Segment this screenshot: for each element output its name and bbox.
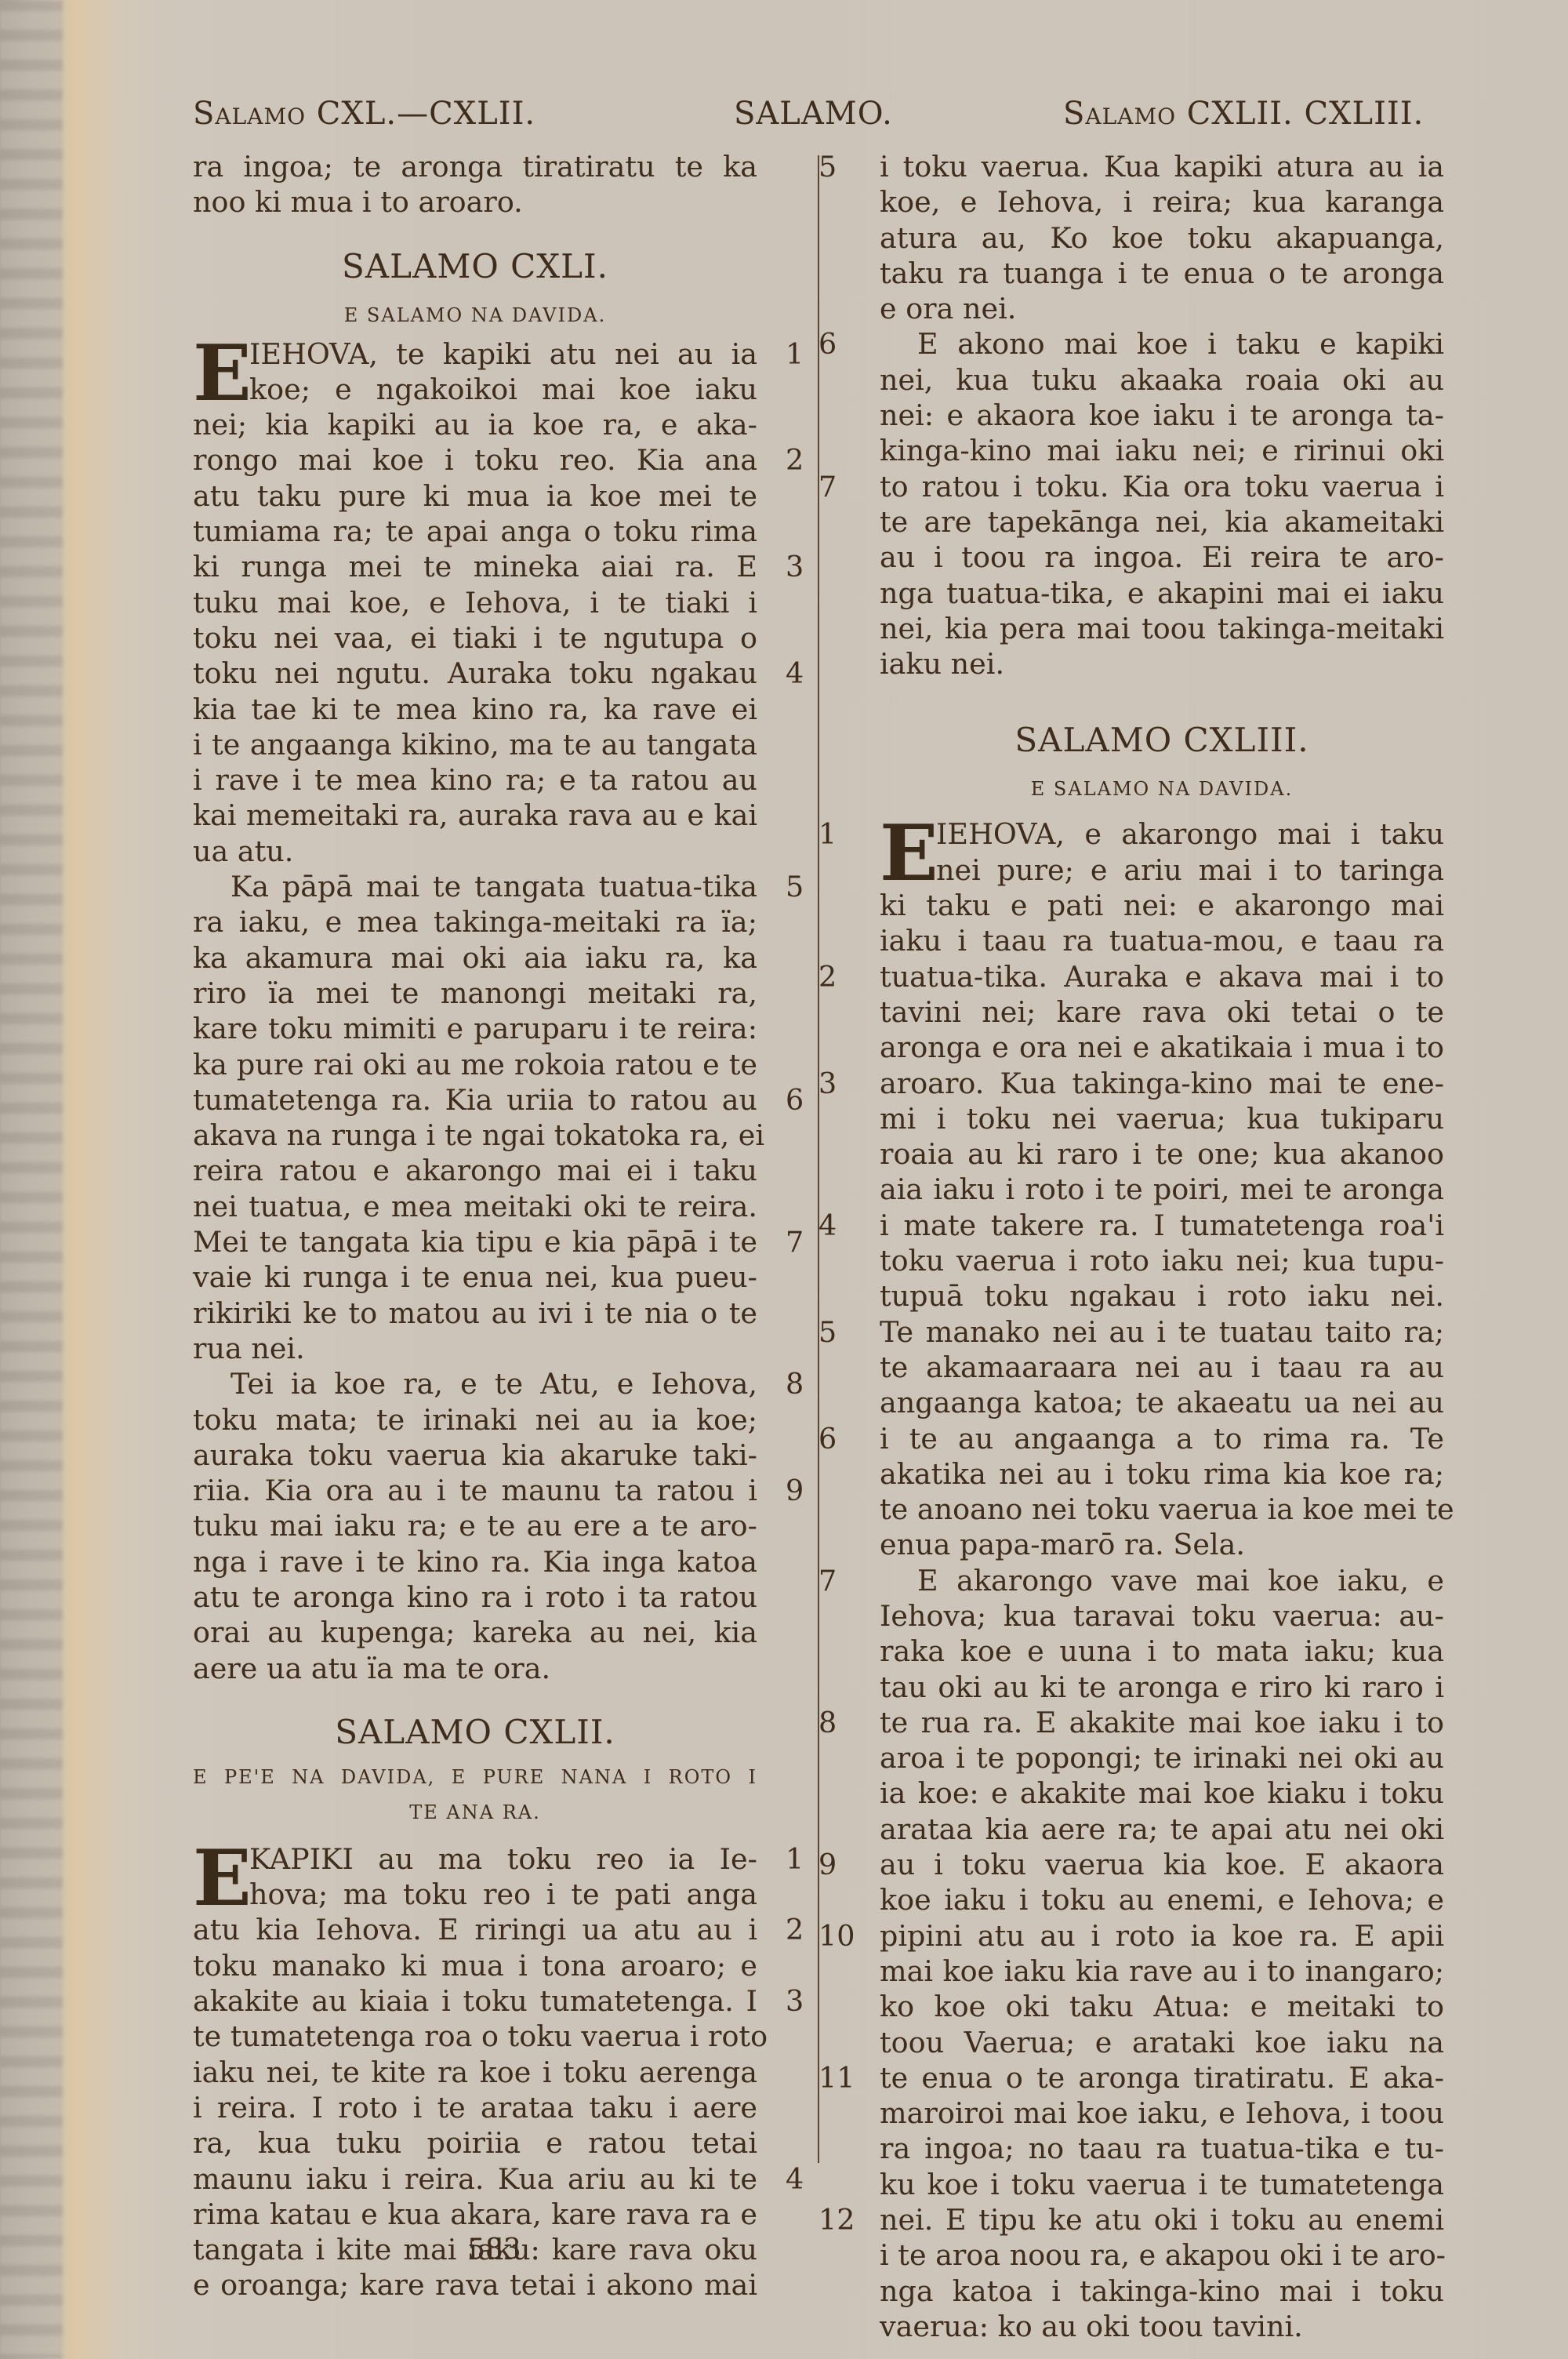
- text-line: arataa kia aere ra; te apai atu nei oki: [880, 1812, 1444, 1847]
- text-line: aere ua atu ïa ma te ora.: [193, 1651, 757, 1686]
- text-line: toku nei vaa, ei tiaki i te ngutupa o: [193, 620, 757, 656]
- text-line: nei pure; e ariu mai i to taringa: [880, 852, 1444, 888]
- text-line: nei; kia kapiki au ia koe ra, e aka-: [193, 407, 757, 442]
- text-line: tavini nei; kare rava oki tetai o te: [880, 994, 1444, 1030]
- text-line: taku ra tuanga i te enua o te aronga: [880, 256, 1444, 291]
- text-line: 12nei. E tipu ke atu oki i toku au enemi: [880, 2202, 1444, 2237]
- text-line: i reira. I roto i te arataa taku i aere: [193, 2090, 757, 2125]
- text-line: 2tuatua-tika. Auraka e akava mai i to: [880, 959, 1444, 994]
- verse-number: 9: [818, 1847, 867, 1882]
- text-line: 5Te manako nei au i te tuatau taito ra;: [880, 1314, 1444, 1350]
- text-line: i te angaanga kikino, ma te au tangata: [193, 727, 757, 762]
- text-line: atu kia Iehova. E riringi ua atu au i2: [193, 1912, 757, 1947]
- psalm-141-body: E IEHOVA, te kapiki atu nei au ia1 koe; …: [193, 336, 757, 1686]
- psalm-superscription: TE ANA RA.: [193, 1795, 757, 1830]
- text-line: toku nei ngutu. Auraka toku ngakau4: [193, 656, 757, 691]
- text-line: 5i toku vaerua. Kua kapiki atura au ia: [880, 149, 1444, 184]
- book-page: Salamo CXL.—CXLII. SALAMO. Salamo CXLII.…: [0, 0, 1568, 2359]
- text-line: te are tapekānga nei, kia akameitaki: [880, 504, 1444, 540]
- text-line: toku vaerua i roto iaku nei; kua tupu-: [880, 1243, 1444, 1278]
- text-line: vaerua: ko au oki toou tavini.: [880, 2309, 1444, 2344]
- verse-number: 1: [786, 336, 804, 372]
- text-line: noo ki mua i to aroaro.: [193, 184, 757, 220]
- text-line: nei tuatua, e mea meitaki oki te reira.: [193, 1189, 757, 1224]
- running-head: Salamo CXL.—CXLII. SALAMO. Salamo CXLII.…: [193, 96, 1486, 135]
- text-line: toku mata; te irinaki nei au ia koe;: [193, 1402, 757, 1438]
- text-line: iaku nei.: [880, 646, 1444, 682]
- text-line: tuku mai koe, e Iehova, i te tiaki i: [193, 585, 757, 620]
- verse-number: 4: [786, 656, 804, 691]
- text-line: IEHOVA, te kapiki atu nei au ia1: [193, 336, 757, 372]
- text-line: toku manako ki mua i tona aroaro; e: [193, 1948, 757, 1983]
- text-line: nei, kia pera mai toou takinga-meitaki: [880, 611, 1444, 646]
- verse-number: 8: [818, 1705, 867, 1740]
- text-line: e oroanga; kare rava tetai i akono mai: [193, 2267, 757, 2303]
- text-line: te tumatetenga roa o toku vaerua i roto: [193, 2019, 757, 2054]
- text-line: kinga-kino mai iaku nei; e ririnui oki: [880, 433, 1444, 468]
- verse-number: 4: [818, 1208, 867, 1243]
- text-line: Ka pāpā mai te tangata tuatua-tika5: [193, 869, 757, 904]
- running-head-center: SALAMO.: [734, 96, 893, 132]
- text-line: 7E akarongo vave mai koe iaku, e: [880, 1563, 1444, 1598]
- text-line: enua papa-marō ra. Sela.: [880, 1527, 1444, 1562]
- text-line: atura au, Ko koe toku akapuanga,: [880, 220, 1444, 256]
- verse-number: 6: [818, 1421, 867, 1456]
- text-line: KAPIKI au ma toku reo ia Ie-1: [193, 1841, 757, 1877]
- text-line: orai au kupenga; kareka au nei, kia: [193, 1615, 757, 1650]
- text-line: atu te aronga kino ra i roto i ta ratou: [193, 1579, 757, 1615]
- text-line: tumatetenga ra. Kia uriia to ratou au6: [193, 1082, 757, 1118]
- verse-number: 7: [818, 469, 867, 504]
- verse-number: 7: [786, 1224, 804, 1259]
- text-line: 10pipini atu au i roto ia koe ra. E apii: [880, 1918, 1444, 1954]
- verse-number: 5: [818, 1314, 867, 1350]
- psalm-superscription: E SALAMO NA DAVIDA.: [193, 294, 757, 336]
- text-line: 7to ratou i toku. Kia ora toku vaerua i: [880, 469, 1444, 504]
- text-line: toou Vaerua; e arataki koe iaku na: [880, 2025, 1444, 2060]
- text-line: akakite au kiaia i toku tumatetenga. I3: [193, 1983, 757, 2019]
- text-line: tumiama ra; te apai anga o toku rima: [193, 514, 757, 549]
- text-line: iaku i taau ra tuatua-mou, e taau ra: [880, 923, 1444, 958]
- text-line: kia tae ki te mea kino ra, ka rave ei: [193, 692, 757, 727]
- text-line: Iehova; kua taravai toku vaerua: au-: [880, 1598, 1444, 1634]
- verse-number: 12: [818, 2202, 867, 2237]
- text-line: rikiriki ke to matou au ivi i te nia o t…: [193, 1296, 757, 1331]
- text-line: reira ratou e akarongo mai ei i taku: [193, 1153, 757, 1188]
- verse-number: 5: [786, 869, 804, 904]
- text-line: ku koe i toku vaerua i te tumatetenga: [880, 2167, 1444, 2202]
- previous-page-edge: [0, 0, 63, 2359]
- psalm-title: SALAMO CXLII.: [193, 1705, 757, 1760]
- text-line: mi i toku nei vaerua; kua tukiparu: [880, 1101, 1444, 1136]
- text-line: aia iaku i roto i te poiri, mei te arong…: [880, 1172, 1444, 1207]
- psalm-143-body: E 1IEHOVA, e akarongo mai i taku nei pur…: [880, 816, 1444, 2344]
- verse-number: 4: [786, 2161, 804, 2197]
- text-line: 1IEHOVA, e akarongo mai i taku: [880, 816, 1444, 852]
- verse-number: 6: [786, 1082, 804, 1118]
- right-column: 5i toku vaerua. Kua kapiki atura au ia k…: [880, 149, 1444, 2344]
- text-line: 9au i toku vaerua kia koe. E akaora: [880, 1847, 1444, 1882]
- text-line: 4i mate takere ra. I tumatetenga roa'i: [880, 1208, 1444, 1243]
- verse-number: 8: [786, 1366, 804, 1401]
- text-line: ra ingoa; te aronga tiratiratu te ka: [193, 149, 757, 184]
- psalm-title: SALAMO CXLI.: [193, 239, 757, 294]
- text-line: akava na runga i te ngai tokatoka ra, ei: [193, 1118, 757, 1153]
- verse-number: 11: [818, 2060, 867, 2095]
- verse-number: 3: [786, 1983, 804, 2019]
- text-line: vaie ki runga i te enua nei, kua pueu-: [193, 1259, 757, 1295]
- text-line: te anoano nei toku vaerua ia koe mei te: [880, 1492, 1444, 1527]
- text-line: nga i rave i te kino ra. Kia inga katoa: [193, 1544, 757, 1579]
- psalm-superscription: E SALAMO NA DAVIDA.: [880, 768, 1444, 810]
- text-line: angaanga katoa; te akaeatu ua nei au: [880, 1385, 1444, 1420]
- text-line: rua nei.: [193, 1331, 757, 1366]
- text-line: tupuā toku ngakau i roto iaku nei.: [880, 1278, 1444, 1314]
- text-line: hova; ma toku reo i te pati anga: [193, 1877, 757, 1912]
- text-line: aronga e ora nei e akatikaia i mua i to: [880, 1030, 1444, 1065]
- text-line: ka akamura mai oki aia iaku ra, ka: [193, 940, 757, 976]
- text-line: 8te rua ra. E akakite mai koe iaku i to: [880, 1705, 1444, 1740]
- text-line: ra, kua tuku poiriia e ratou tetai: [193, 2125, 757, 2161]
- verse-number: 9: [786, 1473, 804, 1508]
- verse-number: 2: [786, 1912, 804, 1947]
- text-line: 6i te au angaanga a to rima ra. Te: [880, 1421, 1444, 1456]
- text-line: kare toku mimiti e paruparu i te reira:: [193, 1011, 757, 1046]
- left-column: ra ingoa; te aronga tiratiratu te ka noo…: [193, 149, 757, 2303]
- text-line: raka koe e uuna i to mata iaku; kua: [880, 1634, 1444, 1669]
- verse-number: 6: [818, 326, 867, 362]
- text-line: tuku mai iaku ra; e te au ere a te aro-: [193, 1508, 757, 1543]
- text-line: roaia au ki raro i te one; kua akanoo: [880, 1136, 1444, 1172]
- text-line: nei: e akaora koe iaku i te aronga ta-: [880, 398, 1444, 433]
- text-line: ra ingoa; no taau ra tuatua-tika e tu-: [880, 2131, 1444, 2166]
- text-line: koe iaku i toku au enemi, e Iehova; e: [880, 1882, 1444, 1917]
- text-line: iaku nei, te kite ra koe i toku aerenga: [193, 2055, 757, 2090]
- text-line: au i toou ra ingoa. Ei reira te aro-: [880, 540, 1444, 575]
- verse-number: 2: [786, 442, 804, 478]
- text-line: nga tuatua-tika, e akapini mai ei iaku: [880, 576, 1444, 611]
- verse-number: 5: [818, 149, 867, 184]
- running-head-left: Salamo CXL.—CXLII.: [193, 96, 535, 132]
- page-number: 583: [467, 2234, 521, 2266]
- text-line: ko koe oki taku Atua: e meitaki to: [880, 1989, 1444, 2024]
- text-line: ka pure rai oki au me rokoia ratou e te: [193, 1047, 757, 1082]
- text-line: i rave i te mea kino ra; e ta ratou au: [193, 762, 757, 798]
- text-line: riia. Kia ora au i te maunu ta ratou i9: [193, 1473, 757, 1508]
- text-line: 3aroaro. Kua takinga-kino mai te ene-: [880, 1066, 1444, 1101]
- text-line: te akamaaraara nei au i taau ra au: [880, 1350, 1444, 1385]
- text-line: nei, kua tuku akaaka roaia oki au: [880, 362, 1444, 398]
- text-line: e ora nei.: [880, 291, 1444, 326]
- text-line: riro ïa mei te manongi meitaki ra,: [193, 976, 757, 1011]
- text-line: kai memeitaki ra, auraka rava au e kai: [193, 798, 757, 833]
- text-line: ki taku e pati nei: e akarongo mai: [880, 888, 1444, 923]
- text-line: mai koe iaku kia rave au i to inangaro;: [880, 1954, 1444, 1989]
- text-line: nga katoa i takinga-kino mai i toku: [880, 2274, 1444, 2309]
- text-line: 11te enua o te aronga tiratiratu. E aka-: [880, 2060, 1444, 2095]
- verse-number: 1: [818, 816, 867, 852]
- text-line: auraka toku vaerua kia akaruke taki-: [193, 1438, 757, 1473]
- verse-number: 1: [786, 1841, 804, 1877]
- text-line: ra iaku, e mea takinga-meitaki ra ïa;: [193, 904, 757, 940]
- verse-number: 3: [786, 549, 804, 584]
- text-line: 6E akono mai koe i taku e kapiki: [880, 326, 1444, 362]
- text-line: koe; e ngakoikoi mai koe iaku: [193, 372, 757, 407]
- verse-number: 3: [818, 1066, 867, 1101]
- text-line: ia koe: e akakite mai koe kiaku i toku: [880, 1776, 1444, 1811]
- text-line: rongo mai koe i toku reo. Kia ana2: [193, 442, 757, 478]
- text-line: koe, e Iehova, i reira; kua karanga: [880, 184, 1444, 220]
- text-line: atu taku pure ki mua ia koe mei te: [193, 478, 757, 514]
- text-line: Tei ia koe ra, e te Atu, e Iehova,8: [193, 1366, 757, 1401]
- psalm-superscription: E PE'E NA DAVIDA, E PURE NANA I ROTO I: [193, 1760, 757, 1795]
- text-line: maroiroi mai koe iaku, e Iehova, i toou: [880, 2095, 1444, 2131]
- text-line: akatika nei au i toku rima kia koe ra;: [880, 1456, 1444, 1492]
- text-line: tau oki au ki te aronga e riro ki raro i: [880, 1670, 1444, 1705]
- running-head-right: Salamo CXLII. CXLIII.: [1063, 96, 1424, 132]
- verse-number: 10: [818, 1918, 867, 1954]
- text-line: ki runga mei te mineka aiai ra. E3: [193, 549, 757, 584]
- verse-number: 7: [818, 1563, 867, 1598]
- text-line: ua atu.: [193, 834, 757, 869]
- text-line: rima katau e kua akara, kare rava ra e: [193, 2197, 757, 2232]
- text-line: maunu iaku i reira. Kua ariu au ki te4: [193, 2161, 757, 2197]
- psalm-title: SALAMO CXLIII.: [880, 713, 1444, 768]
- text-line: aroa i te popongi; te irinaki nei oki au: [880, 1740, 1444, 1776]
- text-line: Mei te tangata kia tipu e kia pāpā i te7: [193, 1224, 757, 1259]
- verse-number: 2: [818, 959, 867, 994]
- text-line: i te aroa noou ra, e akapou oki i te aro…: [880, 2237, 1444, 2273]
